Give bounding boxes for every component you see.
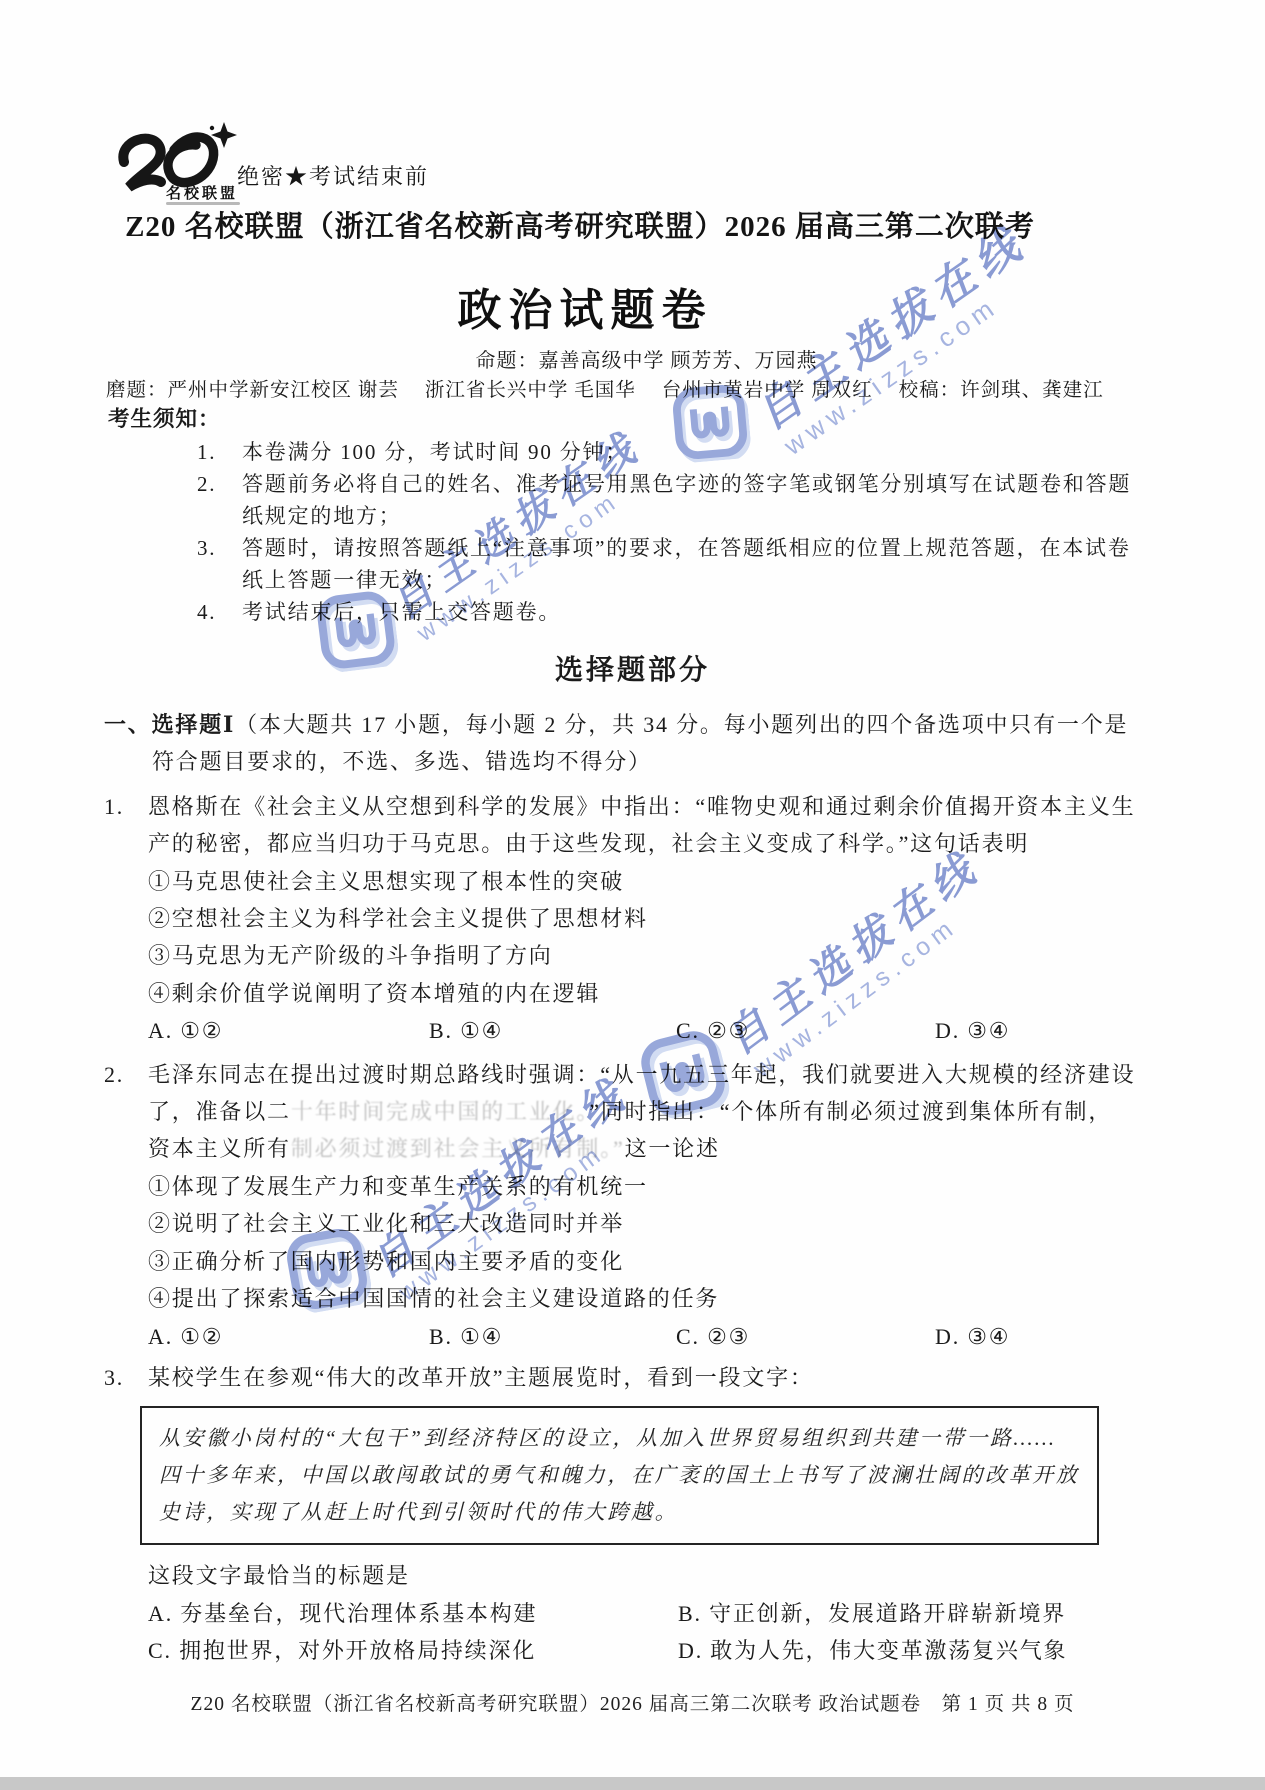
section-title: 选择题部分 [0, 648, 1265, 688]
question-number: 2. [104, 1056, 148, 1355]
option-d: D. ③④ [935, 1012, 1010, 1049]
notice-line: 答题时，请按照答题纸上“注意事项”的要求，在答题纸相应的位置上规范答题，在本试卷 [242, 532, 1177, 564]
option-b: B. 守正创新，发展道路开辟崭新境界 [678, 1595, 1066, 1632]
notice-item-number: 4. [197, 596, 242, 628]
question: 1. 恩格斯在《社会主义从空想到科学的发展》中指出：“唯物史观和通过剩余价值揭开… [104, 788, 1172, 1050]
questions-list: 1. 恩格斯在《社会主义从空想到科学的发展》中指出：“唯物史观和通过剩余价值揭开… [104, 788, 1172, 1670]
notice-item-number: 3. [197, 532, 242, 596]
reviewer-item: 磨题：严州中学新安江校区 谢芸 [106, 374, 399, 402]
question-stem-line: 产的秘密，都应当归功于马克思。由于这些发现，社会主义变成了科学。”这句话表明 [148, 825, 1172, 862]
question-prompt: 这段文字最恰当的标题是 [148, 1557, 1172, 1594]
options-row: A. ①②B. ①④C. ②③D. ③④ [148, 1012, 1172, 1049]
question-area: 一、选择题Ⅰ（本大题共 17 小题，每小题 2 分，共 34 分。每小题列出的四… [104, 706, 1172, 1670]
question-subitem: ④剩余价值学说阐明了资本增殖的内在逻辑 [148, 975, 1172, 1012]
question-subitem: ④提出了探索适合中国国情的社会主义建设道路的任务 [148, 1280, 1172, 1317]
quote-box-line: 四十多年来，中国以敢闯敢试的勇气和魄力，在广袤的国土上书写了波澜壮阔的改革开放 [159, 1457, 1087, 1494]
question: 2. 毛泽东同志在提出过渡时期总路线时强调：“从一九五三年起，我们就要进入大规模… [104, 1056, 1172, 1355]
options-row: C. 拥抱世界，对外开放格局持续深化 D. 敢为人先，伟大变革激荡复兴气象 [148, 1632, 1172, 1669]
question-stem-line: 资本主义所有制必须过渡到社会主义所有制。”这一论述 [148, 1130, 1172, 1167]
option-d: D. 敢为人先，伟大变革激荡复兴气象 [678, 1632, 1067, 1669]
question-body: 恩格斯在《社会主义从空想到科学的发展》中指出：“唯物史观和通过剩余价值揭开资本主… [148, 788, 1172, 1050]
notice-line: 考试结束后，只需上交答题卷。 [242, 596, 1177, 628]
question-subitem: ③正确分析了国内形势和国内主要矛盾的变化 [148, 1243, 1172, 1280]
quote-box: 从安徽小岗村的“大包干”到经济特区的设立，从加入世界贸易组织到共建一带一路……四… [140, 1406, 1099, 1545]
notice-item-text: 本卷满分 100 分，考试时间 90 分钟； [242, 436, 1177, 468]
question-subitem: ①体现了发展生产力和变革生产关系的有机统一 [148, 1168, 1172, 1205]
reviewer-item: 浙江省长兴中学 毛国华 [425, 374, 636, 402]
option-d: D. ③④ [935, 1318, 1010, 1355]
question-number: 1. [104, 788, 148, 1050]
question: 3. 某校学生在参观“伟大的改革开放”主题展览时，看到一段文字： 从安徽小岗村的… [104, 1359, 1172, 1670]
notice-item-text: 答题时，请按照答题纸上“注意事项”的要求，在答题纸相应的位置上规范答题，在本试卷… [242, 532, 1177, 596]
scan-bottom-bar [0, 1777, 1265, 1790]
part1-description: （本大题共 17 小题，每小题 2 分，共 34 分。每小题列出的四个备选项中只… [235, 712, 1128, 737]
question-subitem: ②说明了社会主义工业化和三大改造同时并举 [148, 1205, 1172, 1242]
option-c: C. 拥抱世界，对外开放格局持续深化 [148, 1632, 678, 1669]
reviewer-item: 校稿：许剑琪、龚建江 [899, 374, 1104, 402]
question-body: 毛泽东同志在提出过渡时期总路线时强调：“从一九五三年起，我们就要进入大规模的经济… [148, 1056, 1172, 1355]
notice-item-number: 2. [197, 468, 242, 532]
option-a: A. ①② [148, 1318, 429, 1355]
notice-line: 纸上答题一律无效； [242, 564, 1177, 596]
question-subitem: ②空想社会主义为科学社会主义提供了思想材料 [148, 900, 1172, 937]
notice-line: 本卷满分 100 分，考试时间 90 分钟； [242, 436, 1177, 468]
notice-line: 纸规定的地方； [242, 500, 1177, 532]
notice-item: 1. 本卷满分 100 分，考试时间 90 分钟； [197, 436, 1177, 468]
question-subitem: ③马克思为无产阶级的斗争指明了方向 [148, 937, 1172, 974]
notice-heading: 考生须知： [108, 402, 221, 433]
notice-line: 答题前务必将自己的姓名、准考证号用黑色字迹的签字笔或钢笔分别填写在试题卷和答题 [242, 468, 1177, 500]
exam-paper-page: 名校联盟 绝密★考试结束前 Z20 名校联盟（浙江省名校新高考研究联盟）2026… [0, 0, 1265, 1790]
options-row: A. 夯基垒台，现代治理体系基本构建 B. 守正创新，发展道路开辟崭新境界 [148, 1595, 1172, 1632]
option-a: A. ①② [148, 1012, 429, 1049]
stem-segment: 了，准备以二 [148, 1099, 291, 1124]
notice-item-text: 考试结束后，只需上交答题卷。 [242, 596, 1177, 628]
option-c: C. ②③ [676, 1012, 935, 1049]
stem-segment: 这一论述 [625, 1136, 720, 1161]
quote-box-line: 从安徽小岗村的“大包干”到经济特区的设立，从加入世界贸易组织到共建一带一路…… [159, 1420, 1087, 1457]
stem-segment: ”同时指出：“个体所有制必须过渡到集体所有制， [589, 1099, 1112, 1124]
question-stem-line: 某校学生在参观“伟大的改革开放”主题展览时，看到一段文字： [148, 1359, 1172, 1396]
question-subitem: ①马克思使社会主义思想实现了根本性的突破 [148, 863, 1172, 900]
exam-title: Z20 名校联盟（浙江省名校新高考研究联盟）2026 届高三第二次联考 [0, 204, 1160, 245]
stem-segment: 制必须过渡到社会主义所有制。” [291, 1136, 625, 1161]
classification-label: 绝密★考试结束前 [237, 160, 429, 191]
options-row: A. ①②B. ①④C. ②③D. ③④ [148, 1318, 1172, 1355]
question-body: 某校学生在参观“伟大的改革开放”主题展览时，看到一段文字： 从安徽小岗村的“大包… [148, 1359, 1172, 1670]
part1-heading: 一、选择题Ⅰ（本大题共 17 小题，每小题 2 分，共 34 分。每小题列出的四… [104, 706, 1172, 743]
stem-segment: 十年时间完成中国的工业化。 [291, 1099, 589, 1124]
quote-box-line: 史诗，实现了从赶上时代到引领时代的伟大跨越。 [159, 1494, 1087, 1531]
question-stem-line: 了，准备以二十年时间完成中国的工业化。”同时指出：“个体所有制必须过渡到集体所有… [148, 1093, 1172, 1130]
question-stem-line: 恩格斯在《社会主义从空想到科学的发展》中指出：“唯物史观和通过剩余价值揭开资本主… [148, 788, 1172, 825]
option-b: B. ①④ [429, 1318, 676, 1355]
setters-line: 命题：嘉善高级中学 顾芳芳、万园燕 [0, 344, 1265, 373]
option-c: C. ②③ [676, 1318, 935, 1355]
part1-description-cont: 符合题目要求的，不选、多选、错选均不得分） [104, 743, 1172, 780]
option-a: A. 夯基垒台，现代治理体系基本构建 [148, 1595, 678, 1632]
notice-item: 2. 答题前务必将自己的姓名、准考证号用黑色字迹的签字笔或钢笔分别填写在试题卷和… [197, 468, 1177, 532]
page-footer: Z20 名校联盟（浙江省名校新高考研究联盟）2026 届高三第二次联考 政治试题… [0, 1688, 1265, 1716]
league-logo-text: 名校联盟 [166, 182, 238, 203]
notice-item: 4. 考试结束后，只需上交答题卷。 [197, 596, 1177, 628]
notice-item-number: 1. [197, 436, 242, 468]
stem-segment: 资本主义所有 [148, 1136, 291, 1161]
question-stem-line: 毛泽东同志在提出过渡时期总路线时强调：“从一九五三年起，我们就要进入大规模的经济… [148, 1056, 1172, 1093]
notice-item-text: 答题前务必将自己的姓名、准考证号用黑色字迹的签字笔或钢笔分别填写在试题卷和答题纸… [242, 468, 1177, 532]
notice-list: 1. 本卷满分 100 分，考试时间 90 分钟； 2. 答题前务必将自己的姓名… [197, 436, 1177, 628]
reviewers-line: 磨题：严州中学新安江校区 谢芸浙江省长兴中学 毛国华台州市黄岩中学 周双红校稿：… [106, 374, 1104, 402]
paper-subject-title: 政治试题卷 [0, 274, 1170, 338]
option-b: B. ①④ [429, 1012, 676, 1049]
part1-label: 一、选择题Ⅰ [104, 712, 235, 737]
reviewer-item: 台州市黄岩中学 周双红 [662, 374, 873, 402]
notice-item: 3. 答题时，请按照答题纸上“注意事项”的要求，在答题纸相应的位置上规范答题，在… [197, 532, 1177, 596]
